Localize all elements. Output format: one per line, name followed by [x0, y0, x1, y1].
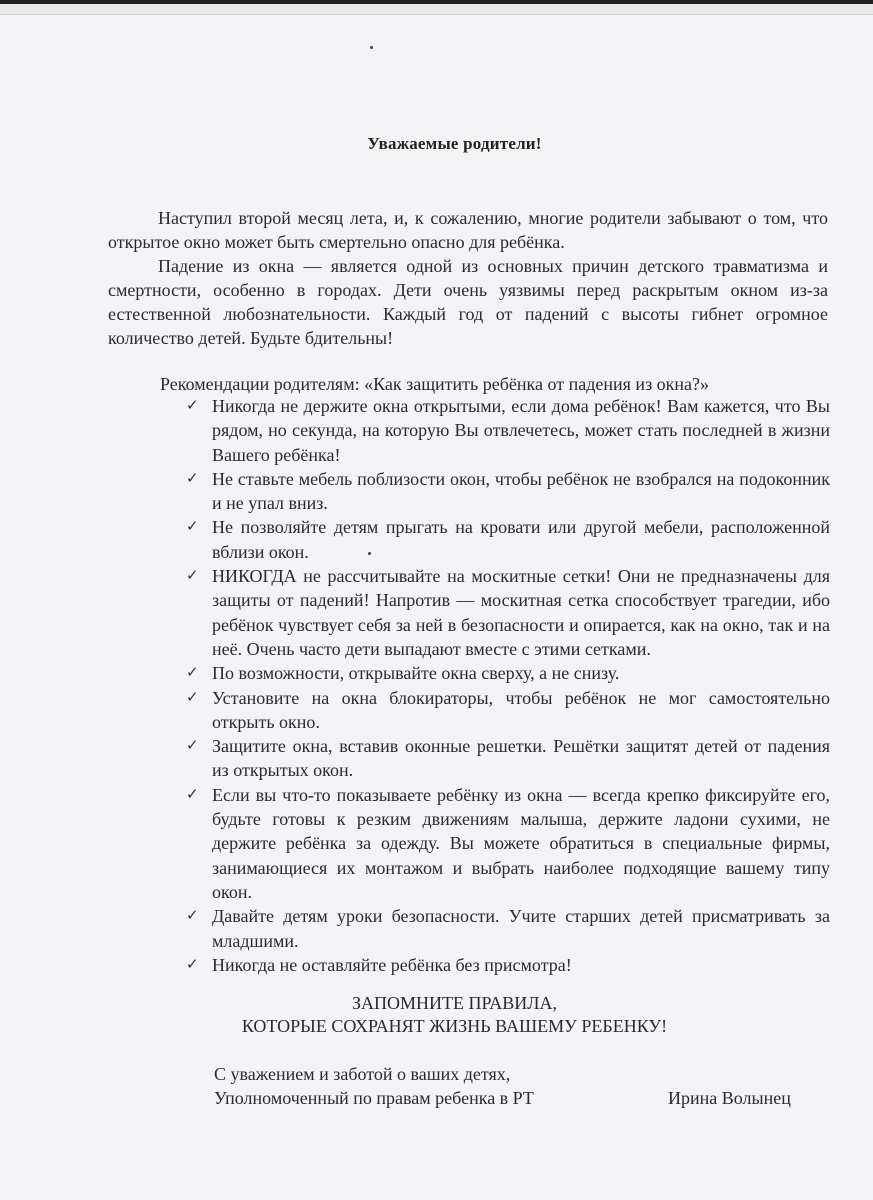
signature-name: Ирина Волынец [668, 1086, 791, 1110]
check-icon: ✓ [186, 394, 199, 418]
signature-regards: С уважением и заботой о ваших детях, [214, 1062, 510, 1086]
list-item-text: Никогда не держите окна открытыми, если … [212, 396, 830, 465]
list-item-text: Не ставьте мебель поблизости окон, чтобы… [212, 469, 830, 513]
check-icon: ✓ [186, 686, 199, 710]
intro-paragraph-1: Наступил второй месяц лета, и, к сожален… [108, 206, 828, 254]
list-item: ✓Не ставьте мебель поблизости окон, чтоб… [186, 467, 830, 516]
check-icon: ✓ [186, 953, 199, 977]
list-item-text: Не позволяйте детям прыгать на кровати и… [212, 517, 830, 561]
check-icon: ✓ [186, 904, 199, 928]
scan-speck [370, 46, 373, 49]
closing-slogan: ЗАПОМНИТЕ ПРАВИЛА, КОТОРЫЕ СОХРАНЯТ ЖИЗН… [0, 992, 873, 1038]
list-item: ✓Не позволяйте детям прыгать на кровати … [186, 515, 830, 564]
page-title: Уважаемые родители! [0, 134, 873, 154]
list-item: ✓Если вы что-то показываете ребёнку из о… [186, 783, 830, 904]
closing-line-1: ЗАПОМНИТЕ ПРАВИЛА, [36, 992, 873, 1015]
closing-line-2: КОТОРЫЕ СОХРАНЯТ ЖИЗНЬ ВАШЕМУ РЕБЕНКУ! [36, 1015, 873, 1038]
list-item-text: Если вы что-то показываете ребёнку из ок… [212, 785, 830, 902]
check-icon: ✓ [186, 734, 199, 758]
list-item: ✓НИКОГДА не рассчитывайте на москитные с… [186, 564, 830, 661]
check-icon: ✓ [186, 467, 199, 491]
recommendations-heading: Рекомендации родителям: «Как защитить ре… [160, 372, 709, 396]
list-item-text: Защитите окна, вставив оконные решетки. … [212, 736, 830, 780]
list-item: ✓Никогда не держите окна открытыми, если… [186, 394, 830, 467]
list-item: ✓Защитите окна, вставив оконные решетки.… [186, 734, 830, 783]
check-icon: ✓ [186, 564, 199, 588]
check-icon: ✓ [186, 661, 199, 685]
list-item-text: По возможности, открывайте окна сверху, … [212, 663, 619, 683]
list-item-text: Никогда не оставляйте ребёнка без присмо… [212, 955, 572, 975]
scan-paper-edge [0, 4, 873, 15]
list-item: ✓По возможности, открывайте окна сверху,… [186, 661, 830, 685]
list-item: ✓Никогда не оставляйте ребёнка без присм… [186, 953, 830, 977]
list-item: ✓Установите на окна блокираторы, чтобы р… [186, 686, 830, 735]
list-item-text: НИКОГДА не рассчитывайте на москитные се… [212, 566, 830, 659]
recommendations-list: ✓Никогда не держите окна открытыми, если… [186, 394, 830, 977]
intro-paragraph-2: Падение из окна — является одной из осно… [108, 254, 828, 350]
list-item-text: Давайте детям уроки безопасности. Учите … [212, 906, 830, 950]
check-icon: ✓ [186, 783, 199, 807]
list-item-text: Установите на окна блокираторы, чтобы ре… [212, 688, 830, 732]
signature-position: Уполномоченный по правам ребенка в РТ [214, 1086, 534, 1110]
list-item: ✓Давайте детям уроки безопасности. Учите… [186, 904, 830, 953]
check-icon: ✓ [186, 515, 199, 539]
